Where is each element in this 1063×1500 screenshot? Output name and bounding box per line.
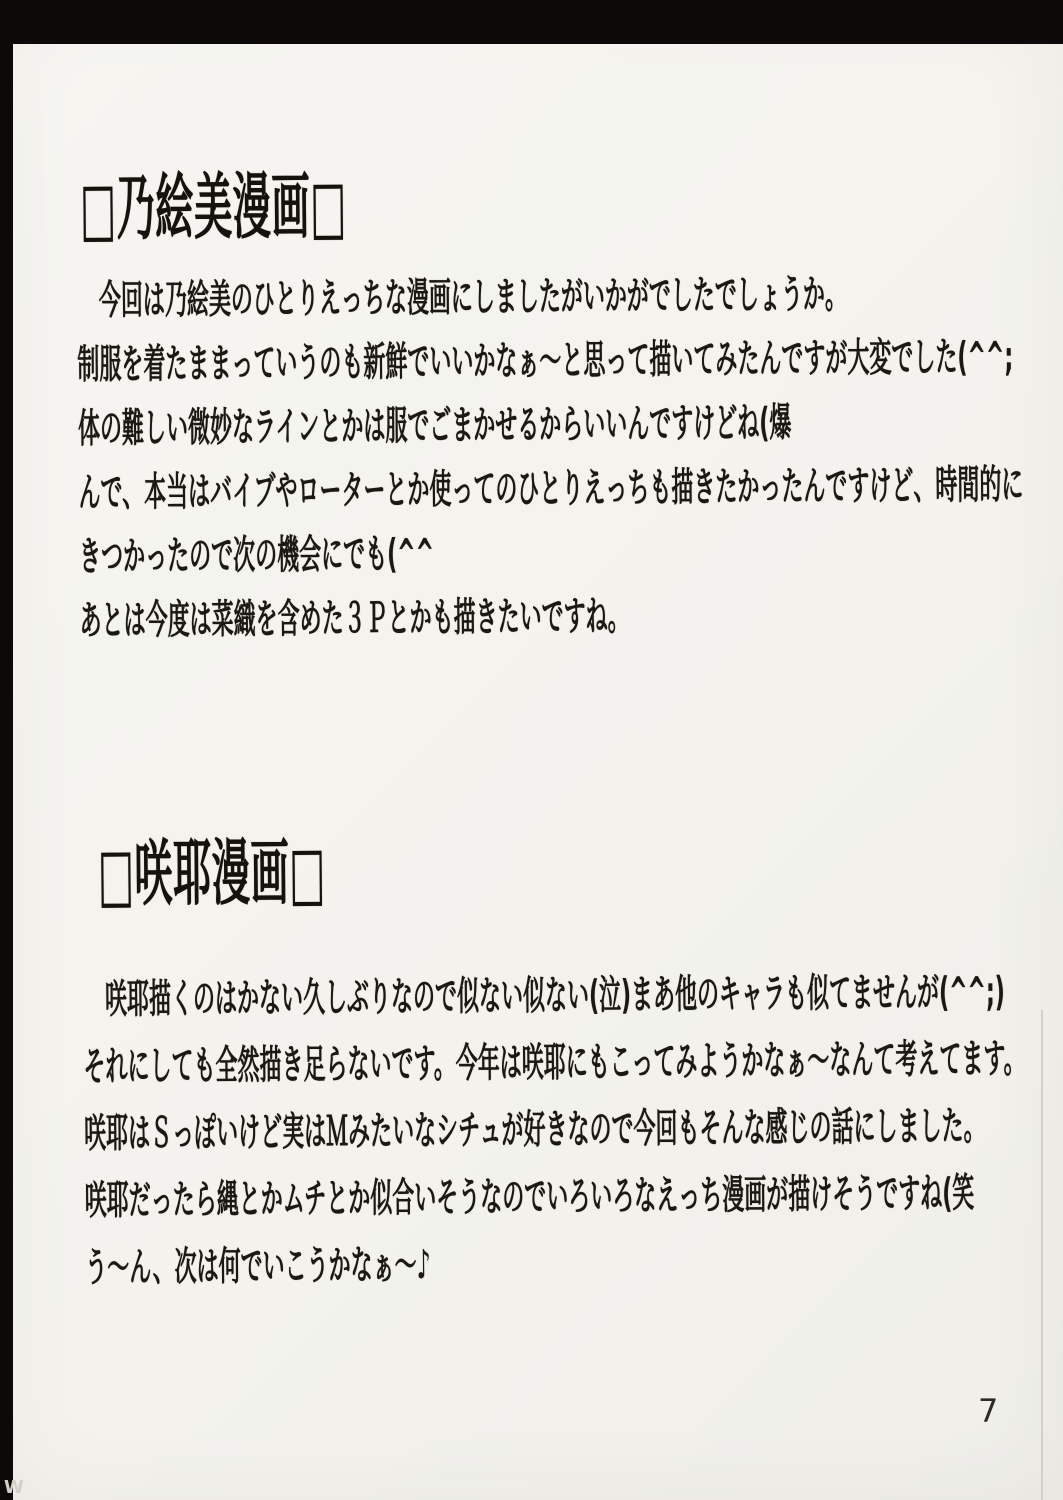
scan-page: □乃絵美漫画□ 今回は乃絵美のひとりえっちな漫画にしましたがいかがでしたでしょう… bbox=[0, 0, 1063, 1500]
text-line: う～ん、次は何でいこうかなぁ～♪ bbox=[85, 1233, 625, 1305]
page-number: 7 bbox=[978, 1392, 998, 1430]
page-content: □乃絵美漫画□ 今回は乃絵美のひとりえっちな漫画にしましたがいかがでしたでしょう… bbox=[0, 0, 1063, 1500]
section-heading-noemi: □乃絵美漫画□ bbox=[80, 148, 348, 254]
text-line: 今回は乃絵美のひとりえっちな漫画にしましたがいかがでしたでしょうか。 bbox=[77, 267, 617, 336]
text-line: 制服を着たままっていうのも新鮮でいいかなぁ～と思って描いてみたんですが大変でした… bbox=[77, 331, 617, 400]
scan-artifact: W bbox=[4, 1477, 24, 1498]
section-heading-sakuya: □咲耶漫画□ bbox=[97, 814, 326, 920]
text-line: 体の難しい微妙なラインとかは服でごまかせるからいいんですけどね(爆 bbox=[78, 395, 618, 464]
text-line: それにしても全然描き足らないです。今年は咲耶にもこってみようかなぁ～なんて考えて… bbox=[83, 1032, 623, 1104]
text-line: んで、本当はバイブやローターとか使ってのひとりえっちも描きたかったんですけど、時… bbox=[78, 459, 618, 528]
section-noemi-text: 今回は乃絵美のひとりえっちな漫画にしましたがいかがでしたでしょうか。 制服を着た… bbox=[77, 264, 1060, 657]
section-sakuya-text: 咲耶描くのはかない久しぶりなので似ない似ない(泣)まあ他のキャラも似てませんが(… bbox=[83, 962, 1063, 1306]
text-line: 咲耶はＳっぽいけど実はＭみたいなシチュが好きなので今回もそんな感じの話にしました… bbox=[84, 1099, 624, 1171]
text-line: あとは今度は菜織を含めた３Ｐとかも描きたいですね。 bbox=[79, 587, 619, 656]
text-line: 咲耶描くのはかない久しぶりなので似ない似ない(泣)まあ他のキャラも似てませんが(… bbox=[83, 965, 623, 1037]
text-line: 咲耶だったら縄とかムチとか似合いそうなのでいろいろなえっち漫画が描けそうですね(… bbox=[84, 1166, 624, 1238]
text-line: きつかったので次の機会にでも(^^ bbox=[79, 523, 619, 592]
